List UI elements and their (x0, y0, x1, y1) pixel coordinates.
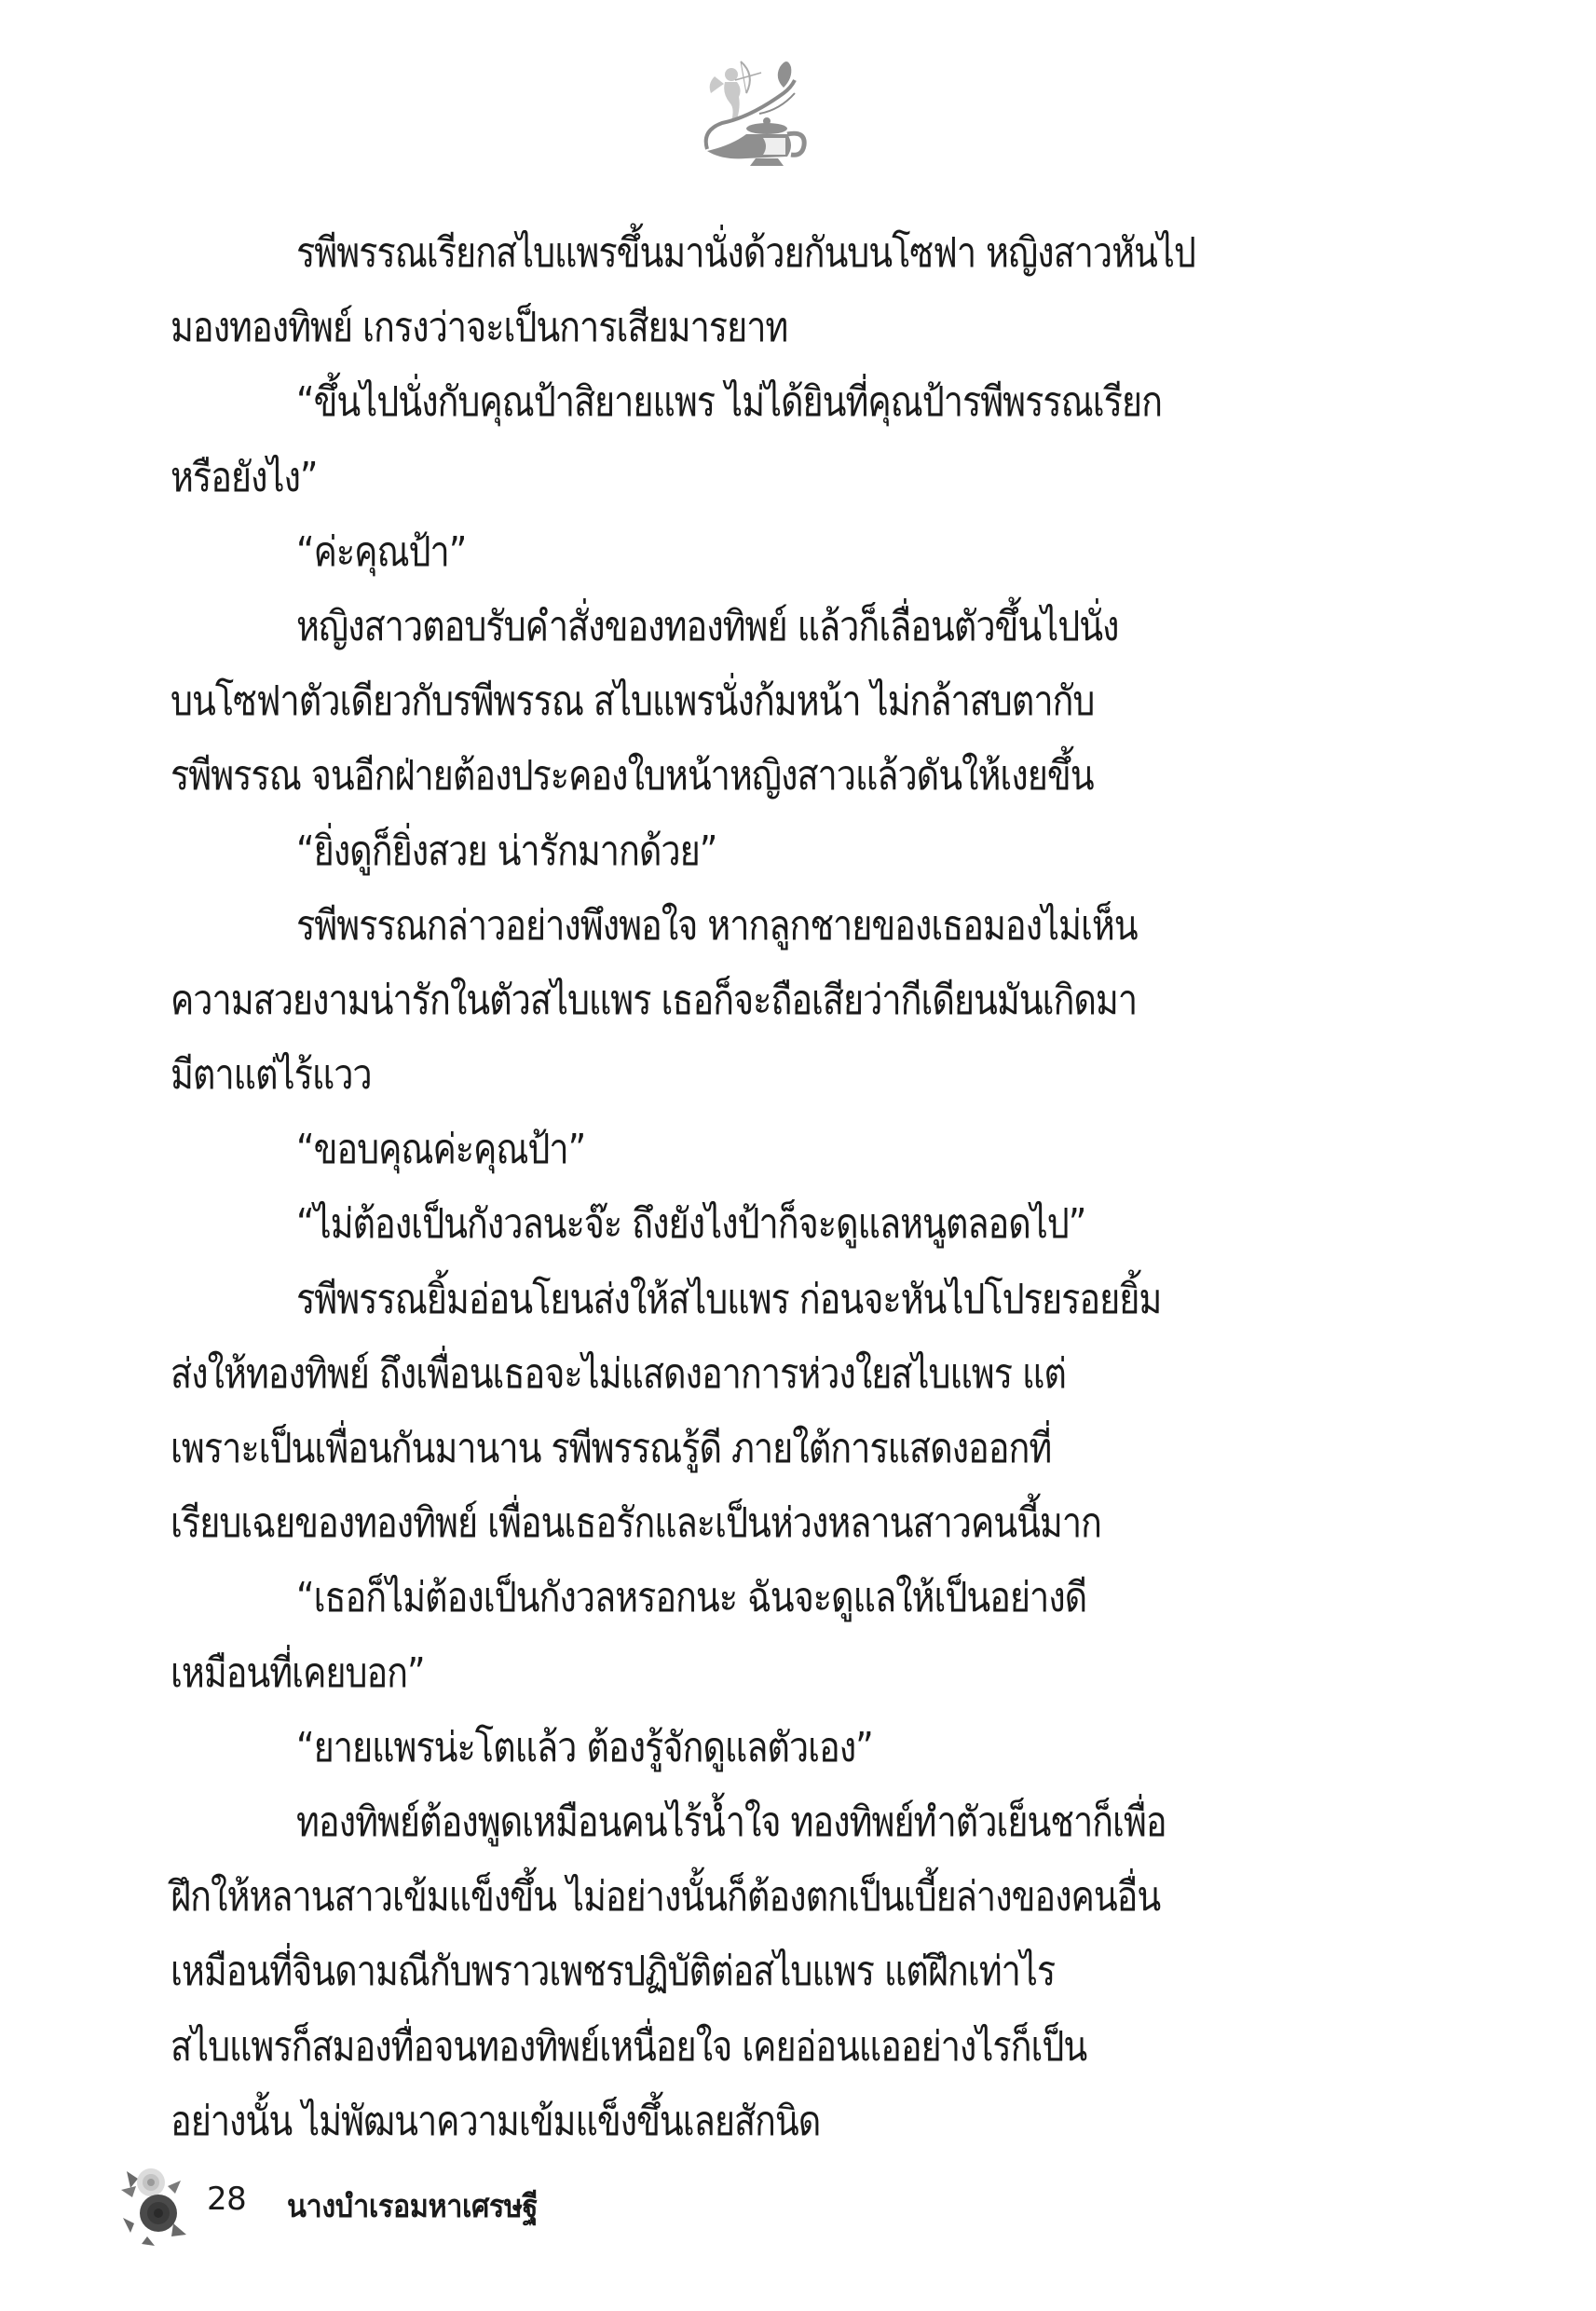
rose-flowers-icon (121, 2162, 186, 2246)
text-line: “ค่ะคุณป้า” (171, 515, 1159, 590)
text-line: “ยายแพรน่ะโตแล้ว ต้องรู้จักดูแลตัวเอง” (171, 1711, 1159, 1785)
text-line: มองทองทิพย์ เกรงว่าจะเป็นการเสียมารยาท (171, 291, 1159, 365)
text-line: ความสวยงามน่ารักในตัวสไบแพร เธอก็จะถือเส… (171, 964, 1159, 1038)
text-line: เหมือนที่เคยบอก” (171, 1636, 1159, 1711)
page-number: 28 (207, 2181, 246, 2218)
text-line: “ขอบคุณค่ะคุณป้า” (171, 1113, 1159, 1187)
text-line: เหมือนที่จินดามณีกับพราวเพชรปฏิบัติต่อสไ… (171, 1935, 1159, 2009)
text-line: “ขึ้นไปนั่งกับคุณป้าสิยายแพร ไม่ได้ยินที… (171, 365, 1159, 440)
page-body-text: รพีพรรณเรียกสไบแพรขึ้นมานั่งด้วยกันบนโซฟ… (171, 216, 1320, 2159)
text-line: สไบแพรก็สมองทื่อจนทองทิพย์เหนื่อยใจ เคยอ… (171, 2010, 1159, 2085)
book-title: นางบำเรอมหาเศรษฐี (287, 2181, 538, 2231)
text-line: “ยิ่งดูก็ยิ่งสวย น่ารักมากด้วย” (171, 814, 1159, 889)
text-line: เพราะเป็นเพื่อนกันมานาน รพีพรรณรู้ดี ภาย… (171, 1412, 1159, 1486)
text-line: ส่งให้ทองทิพย์ ถึงเพื่อนเธอจะไม่แสดงอากา… (171, 1337, 1159, 1412)
text-line: “เธอก็ไม่ต้องเป็นกังวลหรอกนะ ฉันจะดูแลให… (171, 1561, 1159, 1635)
text-line: ทองทิพย์ต้องพูดเหมือนคนไร้น้ำใจ ทองทิพย์… (171, 1785, 1159, 1860)
text-line: ฝึกให้หลานสาวเข้มแข็งขึ้น ไม่อย่างนั้นก็… (171, 1860, 1159, 1935)
text-line: รพีพรรณยิ้มอ่อนโยนส่งให้สไบแพร ก่อนจะหัน… (171, 1263, 1159, 1337)
text-line: หญิงสาวตอบรับคำสั่งของทองทิพย์ แล้วก็เลื… (171, 590, 1159, 664)
text-line: อย่างนั้น ไม่พัฒนาความเข้มแข็งขึ้นเลยสัก… (171, 2085, 1159, 2159)
text-line: รพีพรรณเรียกสไบแพรขึ้นมานั่งด้วยกันบนโซฟ… (171, 216, 1159, 291)
text-line: รพีพรรณ จนอีกฝ่ายต้องประคองใบหน้าหญิงสาว… (171, 739, 1159, 814)
text-line: มีตาแต่ไร้แวว (171, 1038, 1159, 1113)
text-line: “ไม่ต้องเป็นกังวลนะจ๊ะ ถึงยังไงป้าก็จะดู… (171, 1187, 1159, 1262)
text-line: รพีพรรณกล่าวอย่างพึงพอใจ หากลูกชายของเธอ… (171, 889, 1159, 964)
page-footer: 28 นางบำเรอมหาเศรษฐี (121, 2153, 866, 2255)
text-line: บนโซฟาตัวเดียวกับรพีพรรณ สไบแพรนั่งก้มหน… (171, 664, 1159, 739)
text-line: เรียบเฉยของทองทิพย์ เพื่อนเธอรักและเป็นห… (171, 1486, 1159, 1561)
genie-lamp-cupid-icon (694, 56, 811, 168)
text-line: หรือยังไง” (171, 441, 1159, 515)
